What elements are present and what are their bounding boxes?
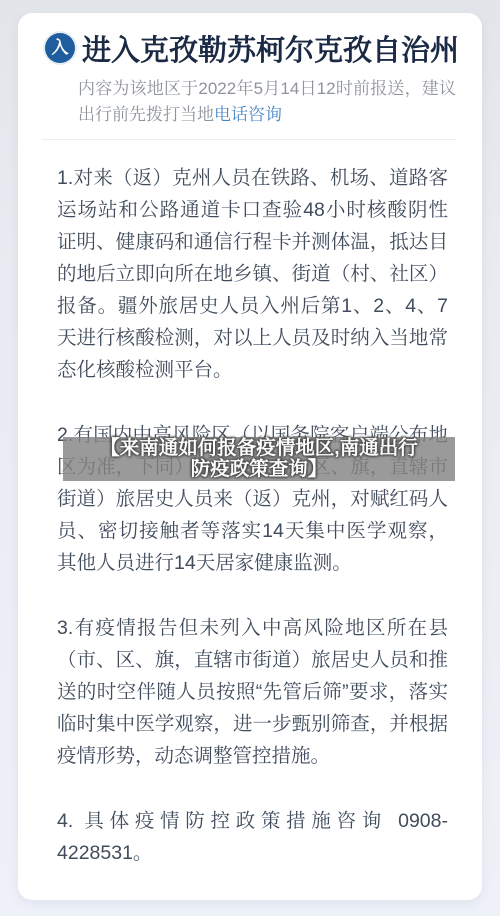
policy-item-3: 3.有疫情报告但未列入中高风险地区所在县（市、区、旗，直辖市街道）旅居史人员和推…	[57, 612, 448, 772]
divider	[42, 139, 456, 140]
report-note: 内容为该地区于2022年5月14日12时前报送，建议出行前先拨打当地电话咨询	[78, 76, 456, 128]
card-header: 入 进入克孜勒苏柯尔克孜自治州	[45, 33, 448, 63]
policy-card: 入 进入克孜勒苏柯尔克孜自治州 内容为该地区于2022年5月14日12时前报送，…	[18, 13, 482, 900]
watermark-overlay: 【来南通如何报备疫情地区,南通出行 防疫政策查询】	[63, 437, 455, 481]
page-background: { "colors": { "accent_blue": "#205d9f", …	[0, 0, 500, 916]
phone-consult-link[interactable]: 电话咨询	[214, 105, 282, 124]
policy-item-1: 1.对来（返）克州人员在铁路、机场、道路客运场站和公路通道卡口查验48小时核酸阴…	[57, 162, 448, 386]
enter-badge-icon: 入	[45, 33, 75, 63]
policy-item-4: 4. 具体疫情防控政策措施咨询 0908-4228531。	[57, 805, 448, 869]
policy-list: 1.对来（返）克州人员在铁路、机场、道路客运场站和公路通道卡口查验48小时核酸阴…	[57, 162, 448, 869]
page-title: 进入克孜勒苏柯尔克孜自治州	[82, 28, 459, 69]
watermark-line-1: 【来南通如何报备疫情地区,南通出行	[100, 438, 417, 459]
watermark-line-2: 防疫政策查询】	[191, 459, 328, 480]
